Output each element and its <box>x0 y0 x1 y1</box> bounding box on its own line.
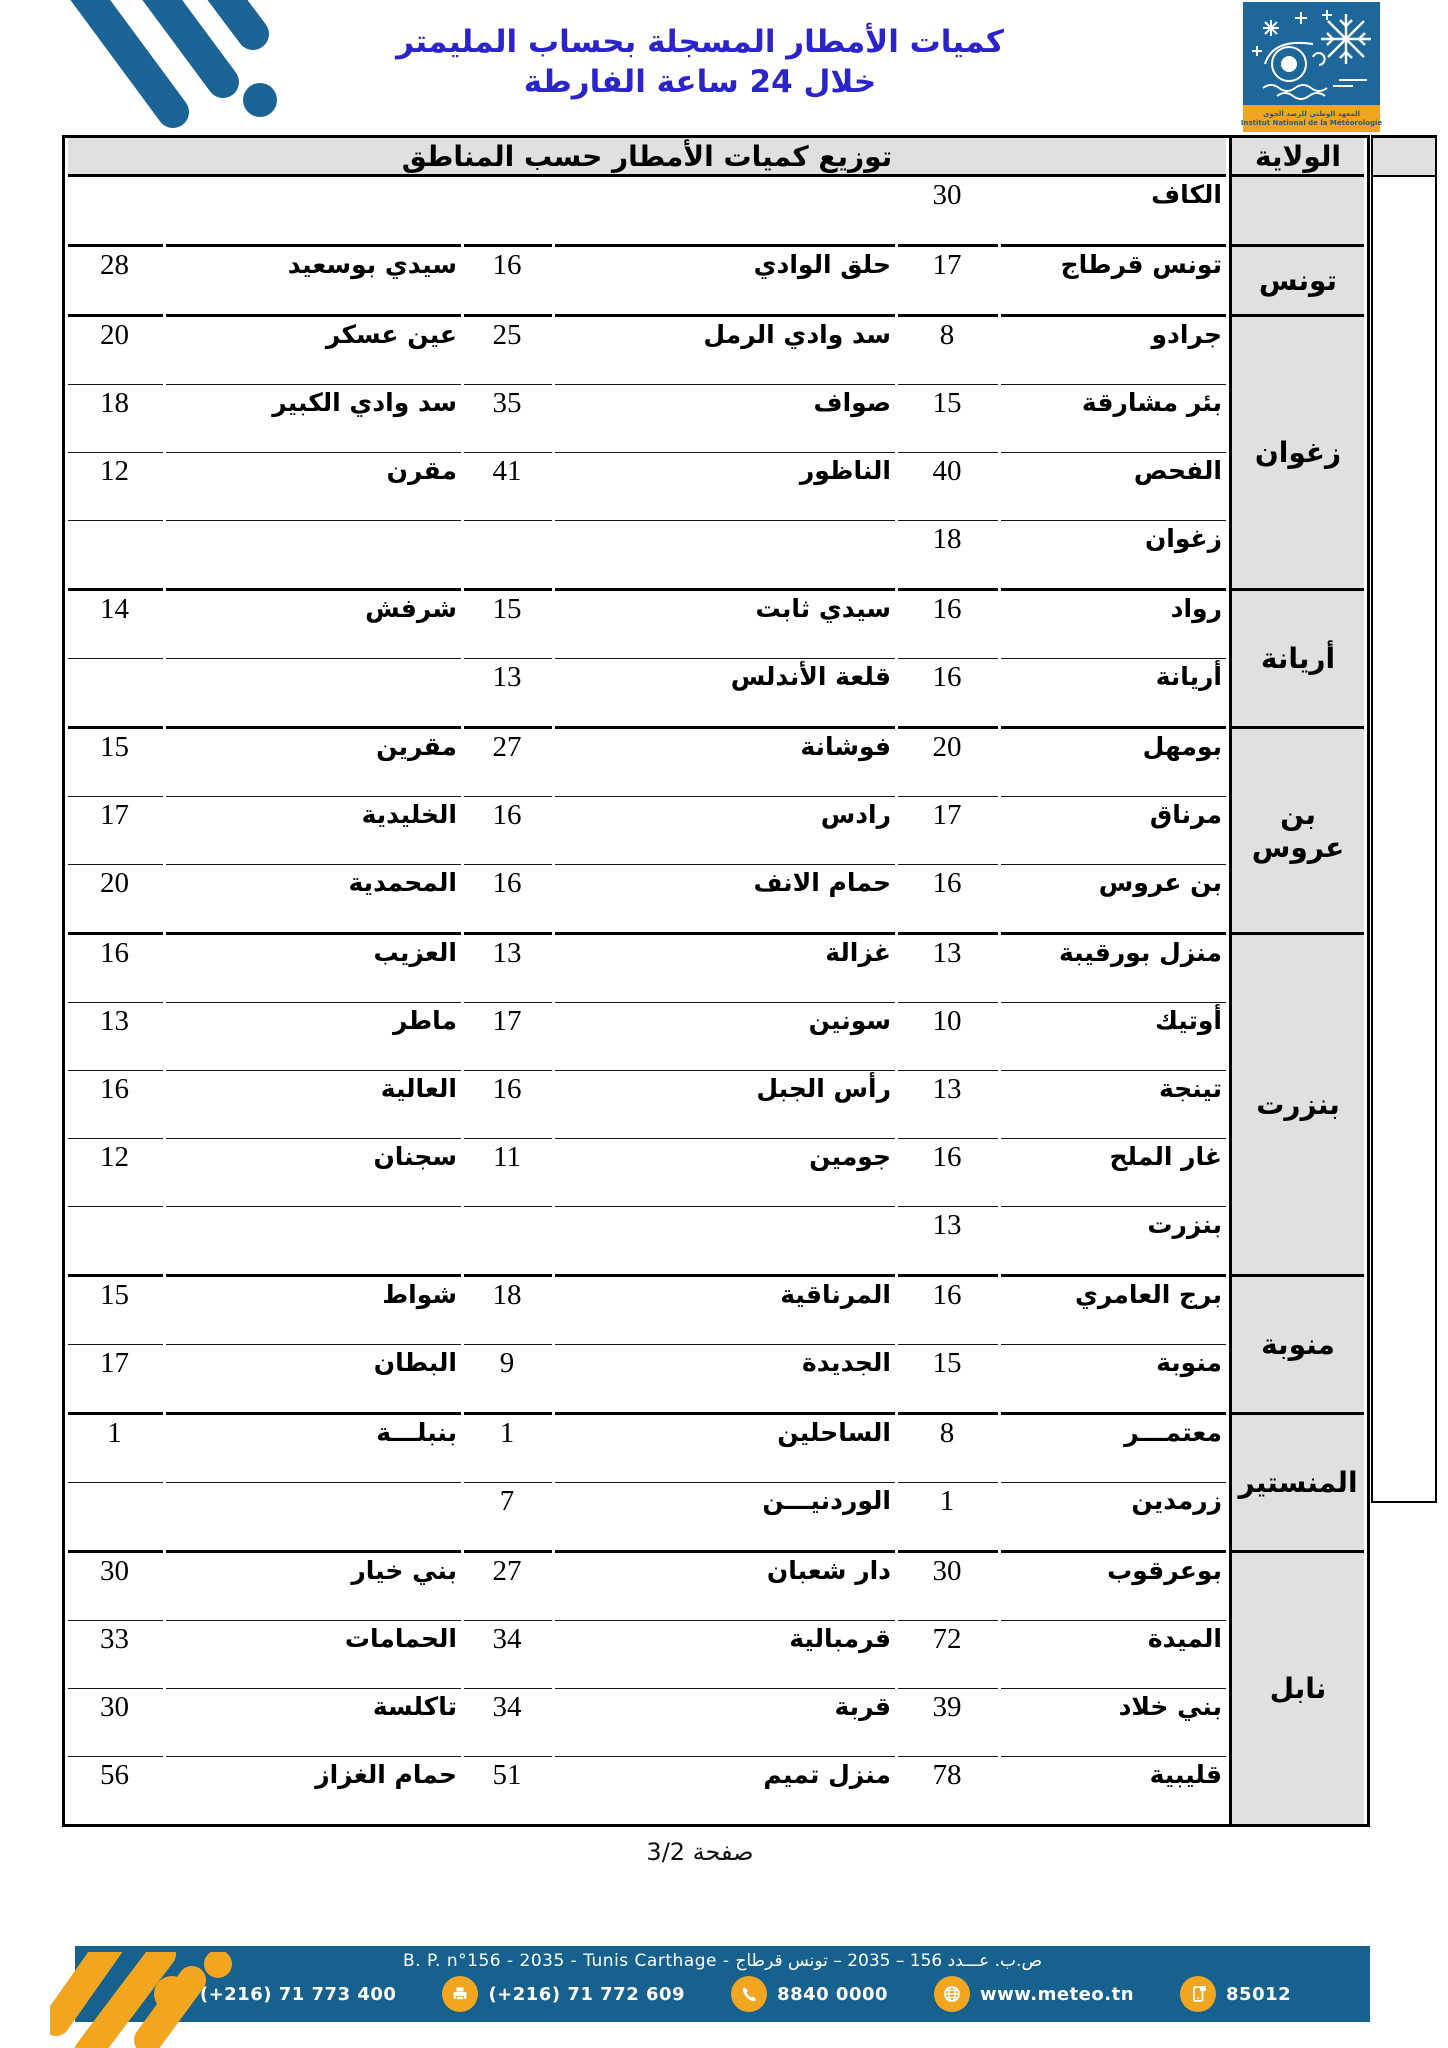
station-name-cell: مقرين <box>166 726 461 796</box>
station-value-cell: 9 <box>464 1344 552 1412</box>
empty-name-cell <box>555 177 895 244</box>
station-value-cell: 34 <box>464 1620 552 1688</box>
table-row: 17البطان9الجديدة15منوبة <box>68 1344 1364 1412</box>
station-name-cell: مقرن <box>166 452 461 520</box>
station-name-cell: قليبية <box>1001 1756 1226 1824</box>
station-name-cell: بنزرت <box>1001 1206 1226 1274</box>
empty-name-cell <box>166 520 461 588</box>
station-value-cell: 16 <box>464 864 552 932</box>
rainfall-report-page: { "header": { "title_line1": "كميات الأم… <box>0 0 1448 2048</box>
station-value-cell: 41 <box>464 452 552 520</box>
station-name-cell: بوعرقوب <box>1001 1550 1226 1620</box>
station-value-cell: 8 <box>898 314 998 384</box>
contact-items: (+216) 71 773 400(+216) 71 772 6098840 0… <box>75 1976 1370 2012</box>
contact-bar: B. P. n°156 - 2035 - Tunis Carthage - ص.… <box>75 1946 1370 2022</box>
station-name-cell: العالية <box>166 1070 461 1138</box>
orange-stripes-graphic <box>50 1952 255 2048</box>
table-header-governorate: الولاية <box>1229 138 1364 177</box>
table-row: 17الخليدية16رادس17مرناق <box>68 796 1364 864</box>
station-name-cell: رواد <box>1001 588 1226 658</box>
station-value-cell: 16 <box>898 1138 998 1206</box>
empty-name-cell <box>555 1206 895 1274</box>
empty-value-cell <box>464 177 552 244</box>
station-name-cell: برج العامري <box>1001 1274 1226 1344</box>
right-empty-column <box>1371 135 1437 1503</box>
table-row: 1بنبلـــة1الساحلين8معتمـــرالمنستير <box>68 1412 1364 1482</box>
station-name-cell: بومهل <box>1001 726 1226 796</box>
inm-stripes-logo <box>55 0 285 150</box>
station-name-cell: الفحص <box>1001 452 1226 520</box>
station-name-cell: العزيب <box>166 932 461 1002</box>
table-row: 33الحمامات34قرمبالية72الميدة <box>68 1620 1364 1688</box>
table-row: 12سجنان11جومين16غار الملح <box>68 1138 1364 1206</box>
station-name-cell: سد وادي الكبير <box>166 384 461 452</box>
empty-value-cell <box>68 177 163 244</box>
station-name-cell: سونين <box>555 1002 895 1070</box>
page-number: صفحة 3/2 <box>0 1838 1400 1866</box>
station-value-cell: 16 <box>898 588 998 658</box>
station-value-cell: 16 <box>464 244 552 314</box>
station-value-cell: 15 <box>898 384 998 452</box>
station-value-cell: 13 <box>464 932 552 1002</box>
station-value-cell: 13 <box>68 1002 163 1070</box>
station-value-cell: 78 <box>898 1756 998 1824</box>
station-name-cell: تينجة <box>1001 1070 1226 1138</box>
contact-item: (+216) 71 772 609 <box>442 1976 685 2012</box>
station-value-cell: 16 <box>68 932 163 1002</box>
table-row: 20المحمدية16حمام الانف16بن عروس <box>68 864 1364 932</box>
inm-caption-arabic: المعهد الوطني للرصد الجوي <box>1263 110 1360 118</box>
page-title: كميات الأمطار المسجلة بحساب المليمتر خلا… <box>360 22 1040 102</box>
station-name-cell: حمام الانف <box>555 864 895 932</box>
station-value-cell: 17 <box>464 1002 552 1070</box>
orange-stripes-decoration <box>50 1952 255 2048</box>
station-name-cell: دار شعبان <box>555 1550 895 1620</box>
table-row: 30بني خيار27دار شعبان30بوعرقوبنابل <box>68 1550 1364 1620</box>
handset-icon <box>731 1976 767 2012</box>
postal-address: B. P. n°156 - 2035 - Tunis Carthage - ص.… <box>75 1951 1370 1971</box>
station-name-cell: حمام الغزاز <box>166 1756 461 1824</box>
station-name-cell: فوشانة <box>555 726 895 796</box>
station-value-cell: 17 <box>68 1344 163 1412</box>
station-value-cell: 17 <box>898 244 998 314</box>
station-name-cell: جرادو <box>1001 314 1226 384</box>
station-name-cell: ماطر <box>166 1002 461 1070</box>
governorate-cell: زغوان <box>1229 314 1364 588</box>
station-name-cell: تاكلسة <box>166 1688 461 1756</box>
table-row: 14شرفش15سيدي ثابت16روادأريانة <box>68 588 1364 658</box>
station-value-cell: 72 <box>898 1620 998 1688</box>
station-value-cell: 18 <box>68 384 163 452</box>
empty-value-cell <box>68 1206 163 1274</box>
table-row: 7الوردنيـــن1زرمدين <box>68 1482 1364 1550</box>
contact-label: www.meteo.tn <box>980 1984 1134 2005</box>
station-name-cell: حلق الوادي <box>555 244 895 314</box>
station-name-cell: سد وادي الرمل <box>555 314 895 384</box>
station-value-cell: 16 <box>464 796 552 864</box>
station-value-cell: 18 <box>898 520 998 588</box>
station-name-cell: الحمامات <box>166 1620 461 1688</box>
station-value-cell: 27 <box>464 1550 552 1620</box>
contact-label: 85012 <box>1226 1984 1291 2005</box>
station-value-cell: 10 <box>898 1002 998 1070</box>
station-name-cell: أريانة <box>1001 658 1226 726</box>
station-value-cell: 39 <box>898 1688 998 1756</box>
station-value-cell: 11 <box>464 1138 552 1206</box>
station-value-cell: 15 <box>68 1274 163 1344</box>
station-name-cell: قلعة الأندلس <box>555 658 895 726</box>
empty-name-cell <box>166 658 461 726</box>
station-value-cell: 30 <box>68 1550 163 1620</box>
station-name-cell: الخليدية <box>166 796 461 864</box>
station-name-cell: زغوان <box>1001 520 1226 588</box>
station-name-cell: رأس الجبل <box>555 1070 895 1138</box>
station-value-cell: 20 <box>68 314 163 384</box>
station-value-cell: 12 <box>68 1138 163 1206</box>
table-row: 18زغوان <box>68 520 1364 588</box>
station-name-cell: عين عسكر <box>166 314 461 384</box>
table-row: 13قلعة الأندلس16أريانة <box>68 658 1364 726</box>
globe-icon <box>934 1976 970 2012</box>
station-name-cell: المحمدية <box>166 864 461 932</box>
station-name-cell: سيدي بوسعيد <box>166 244 461 314</box>
station-value-cell: 15 <box>464 588 552 658</box>
station-name-cell: شواط <box>166 1274 461 1344</box>
empty-name-cell <box>555 520 895 588</box>
station-name-cell: المرناقية <box>555 1274 895 1344</box>
station-value-cell: 13 <box>898 1070 998 1138</box>
governorate-cell: أريانة <box>1229 588 1364 726</box>
title-line-2: خلال 24 ساعة الفارطة <box>360 62 1040 102</box>
empty-name-cell <box>166 1206 461 1274</box>
station-name-cell: مرناق <box>1001 796 1226 864</box>
empty-value-cell <box>68 1482 163 1550</box>
station-value-cell: 30 <box>898 177 998 244</box>
station-value-cell: 8 <box>898 1412 998 1482</box>
table-row: 18سد وادي الكبير35صواف15بئر مشارقة <box>68 384 1364 452</box>
station-name-cell: غار الملح <box>1001 1138 1226 1206</box>
governorate-cell: تونس <box>1229 244 1364 314</box>
station-value-cell: 40 <box>898 452 998 520</box>
table-row: 15شواط18المرناقية16برج العامريمنوبة <box>68 1274 1364 1344</box>
station-name-cell: رادس <box>555 796 895 864</box>
station-name-cell: بن عروس <box>1001 864 1226 932</box>
station-value-cell: 18 <box>464 1274 552 1344</box>
station-name-cell: سجنان <box>166 1138 461 1206</box>
station-value-cell: 16 <box>68 1070 163 1138</box>
station-name-cell: الجديدة <box>555 1344 895 1412</box>
rainfall-table: توزيع كميات الأمطار حسب المناطق الولاية … <box>65 138 1367 1824</box>
table-row: 30تاكلسة34قربة39بني خلاد <box>68 1688 1364 1756</box>
contact-item: 85012 <box>1180 1976 1291 2012</box>
station-value-cell: 20 <box>68 864 163 932</box>
station-value-cell: 1 <box>464 1412 552 1482</box>
governorate-cell: بن عروس <box>1229 726 1364 932</box>
station-name-cell: البطان <box>166 1344 461 1412</box>
station-name-cell: غزالة <box>555 932 895 1002</box>
contact-item: 8840 0000 <box>731 1976 888 2012</box>
table-row: 30الكاف <box>68 177 1364 244</box>
station-name-cell: بني خيار <box>166 1550 461 1620</box>
station-value-cell: 7 <box>464 1482 552 1550</box>
station-value-cell: 17 <box>68 796 163 864</box>
rainfall-table-frame: توزيع كميات الأمطار حسب المناطق الولاية … <box>62 135 1370 1827</box>
station-name-cell: الناظور <box>555 452 895 520</box>
table-row: 15مقرين27فوشانة20بومهلبن عروس <box>68 726 1364 796</box>
table-row: 28سيدي بوسعيد16حلق الوادي17تونس قرطاجتون… <box>68 244 1364 314</box>
station-value-cell: 28 <box>68 244 163 314</box>
station-name-cell: معتمـــر <box>1001 1412 1226 1482</box>
inm-square-logo: المعهد الوطني للرصد الجوي Institut Natio… <box>1243 2 1380 132</box>
station-value-cell: 1 <box>68 1412 163 1482</box>
station-name-cell: الكاف <box>1001 177 1226 244</box>
station-name-cell: صواف <box>555 384 895 452</box>
station-value-cell: 16 <box>898 658 998 726</box>
station-value-cell: 20 <box>898 726 998 796</box>
station-name-cell: سيدي ثابت <box>555 588 895 658</box>
station-value-cell: 25 <box>464 314 552 384</box>
station-value-cell: 51 <box>464 1756 552 1824</box>
table-row: 16العزيب13غزالة13منزل بورقيبةبنزرت <box>68 932 1364 1002</box>
fax-icon <box>442 1976 478 2012</box>
station-name-cell: الوردنيـــن <box>555 1482 895 1550</box>
station-value-cell: 13 <box>464 658 552 726</box>
station-value-cell: 1 <box>898 1482 998 1550</box>
station-name-cell: قربة <box>555 1688 895 1756</box>
station-value-cell: 13 <box>898 932 998 1002</box>
station-value-cell: 12 <box>68 452 163 520</box>
station-value-cell: 35 <box>464 384 552 452</box>
station-value-cell: 15 <box>898 1344 998 1412</box>
stripes-logo-graphic <box>55 0 285 150</box>
right-empty-column-header <box>1373 138 1435 177</box>
governorate-cell: بنزرت <box>1229 932 1364 1274</box>
station-name-cell: منزل تميم <box>555 1756 895 1824</box>
table-row: 20عين عسكر25سد وادي الرمل8جرادوزغوان <box>68 314 1364 384</box>
inm-logo-art <box>1243 2 1380 105</box>
station-value-cell: 16 <box>898 864 998 932</box>
table-row: 13ماطر17سونين10أوتيك <box>68 1002 1364 1070</box>
governorate-cell <box>1229 177 1364 244</box>
station-name-cell: تونس قرطاج <box>1001 244 1226 314</box>
mobile-icon <box>1180 1976 1216 2012</box>
station-name-cell: جومين <box>555 1138 895 1206</box>
governorate-cell: نابل <box>1229 1550 1364 1824</box>
governorate-cell: منوبة <box>1229 1274 1364 1412</box>
station-name-cell: بني خلاد <box>1001 1688 1226 1756</box>
inm-logo-caption-strip: المعهد الوطني للرصد الجوي Institut Natio… <box>1243 105 1380 132</box>
table-header-row: توزيع كميات الأمطار حسب المناطق الولاية <box>68 138 1364 177</box>
station-name-cell: بئر مشارقة <box>1001 384 1226 452</box>
table-row: 13بنزرت <box>68 1206 1364 1274</box>
station-value-cell: 16 <box>898 1274 998 1344</box>
station-value-cell: 56 <box>68 1756 163 1824</box>
station-value-cell: 14 <box>68 588 163 658</box>
station-value-cell: 27 <box>464 726 552 796</box>
inm-caption-french: Institut National de la Météorologie <box>1241 119 1382 127</box>
station-name-cell: زرمدين <box>1001 1482 1226 1550</box>
station-name-cell: أوتيك <box>1001 1002 1226 1070</box>
station-value-cell: 30 <box>68 1688 163 1756</box>
station-name-cell: الساحلين <box>555 1412 895 1482</box>
table-row: 56حمام الغزاز51منزل تميم78قليبية <box>68 1756 1364 1824</box>
empty-value-cell <box>68 658 163 726</box>
empty-value-cell <box>464 520 552 588</box>
station-name-cell: شرفش <box>166 588 461 658</box>
station-name-cell: بنبلـــة <box>166 1412 461 1482</box>
table-header-main: توزيع كميات الأمطار حسب المناطق <box>68 138 1226 177</box>
contact-item: www.meteo.tn <box>934 1976 1134 2012</box>
station-value-cell: 30 <box>898 1550 998 1620</box>
empty-value-cell <box>68 520 163 588</box>
station-name-cell: منوبة <box>1001 1344 1226 1412</box>
station-name-cell: منزل بورقيبة <box>1001 932 1226 1002</box>
empty-name-cell <box>166 1482 461 1550</box>
empty-value-cell <box>464 1206 552 1274</box>
station-value-cell: 15 <box>68 726 163 796</box>
station-value-cell: 34 <box>464 1688 552 1756</box>
title-line-1: كميات الأمطار المسجلة بحساب المليمتر <box>360 22 1040 62</box>
station-value-cell: 16 <box>464 1070 552 1138</box>
station-name-cell: قرمبالية <box>555 1620 895 1688</box>
contact-label: 8840 0000 <box>777 1984 888 2005</box>
station-name-cell: الميدة <box>1001 1620 1226 1688</box>
station-value-cell: 13 <box>898 1206 998 1274</box>
station-value-cell: 33 <box>68 1620 163 1688</box>
governorate-cell: المنستير <box>1229 1412 1364 1550</box>
table-row: 16العالية16رأس الجبل13تينجة <box>68 1070 1364 1138</box>
empty-name-cell <box>166 177 461 244</box>
table-row: 12مقرن41الناظور40الفحص <box>68 452 1364 520</box>
contact-label: (+216) 71 772 609 <box>488 1984 685 2005</box>
station-value-cell: 17 <box>898 796 998 864</box>
